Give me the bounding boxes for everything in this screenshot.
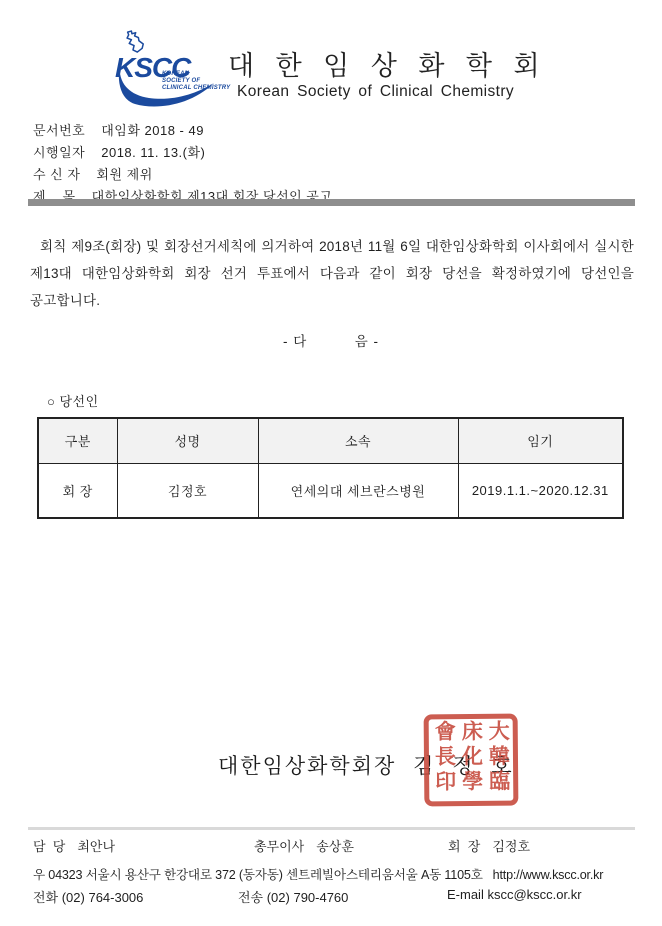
address-line: 우 04323 서울시 용산구 한강대로 372 (동자동) 센트레빌아스테리움… <box>33 864 653 883</box>
column-header-category: 구분 <box>38 418 117 463</box>
contact-president: 회 장김정호 <box>448 836 530 855</box>
society-title-english: Korean Society of Clinical Chemistry <box>237 83 514 101</box>
document-info: 문서번호대임화 2018 - 49 시행일자2018. 11. 13.(화) 수… <box>33 120 332 208</box>
contact-secretary: 총무이사송상훈 <box>254 836 354 855</box>
contact-staff-role: 담 당 <box>33 839 65 854</box>
winner-table: 구분 성명 소속 임기 회 장 김정호 연세의대 세브란스병원 2019.1.1… <box>37 417 624 519</box>
doc-recipient-row: 수 신 자회원 제위 <box>33 164 332 186</box>
doc-recipient-value: 회원 제위 <box>96 164 152 186</box>
winner-label: ○ 당선인 <box>47 391 99 410</box>
contact-secretary-role: 총무이사 <box>254 839 304 854</box>
seal-characters: 大韓臨床化學會長印 <box>430 720 512 801</box>
doc-number-value: 대임화 2018 - 49 <box>101 120 204 142</box>
doc-date-row: 시행일자2018. 11. 13.(화) <box>33 142 332 164</box>
fax-number: 전송 (02) 790-4760 <box>238 887 348 906</box>
doc-number-label: 문서번호 <box>33 120 85 142</box>
document-page: KSCC KOREAN SOCIETY OF CLINICAL CHEMISTR… <box>0 0 662 926</box>
email-label: E-mail <box>447 887 487 902</box>
contact-president-name: 김정호 <box>492 839 530 854</box>
column-header-term: 임기 <box>458 418 623 463</box>
contact-staff-name: 최안나 <box>77 839 115 854</box>
cell-affiliation: 연세의대 세브란스병원 <box>258 463 458 518</box>
cell-name: 김정호 <box>117 463 258 518</box>
footer-divider <box>28 827 635 830</box>
column-header-name: 성명 <box>117 418 258 463</box>
phone-number: 전화 (02) 764-3006 <box>33 887 143 906</box>
daum-divider: - 다 음 - <box>0 330 662 350</box>
email-link[interactable]: kscc@kscc.or.kr <box>487 887 581 902</box>
website-link[interactable]: http://www.kscc.or.kr <box>493 868 604 882</box>
contact-president-role: 회 장 <box>448 839 480 854</box>
doc-date-value: 2018. 11. 13.(화) <box>101 142 205 164</box>
contact-staff: 담 당최안나 <box>33 836 115 855</box>
logo-subtext-line: SOCIETY OF <box>162 78 230 85</box>
table-header-row: 구분 성명 소속 임기 <box>38 418 623 463</box>
society-title-korean: 대 한 임 상 화 학 회 <box>228 44 528 83</box>
cell-category: 회 장 <box>38 463 117 518</box>
kscc-logo: KSCC KOREAN SOCIETY OF CLINICAL CHEMISTR… <box>112 28 222 108</box>
header-divider <box>28 199 635 206</box>
announcement-paragraph: 회칙 제9조(회장) 및 회장선거세칙에 의거하여 2018년 11월 6일 대… <box>30 233 634 314</box>
logo-subtext-line: KOREAN <box>162 71 230 78</box>
postal-address: 우 04323 서울시 용산구 한강대로 372 (동자동) 센트레빌아스테리움… <box>33 868 483 882</box>
logo-subtext: KOREAN SOCIETY OF CLINICAL CHEMISTRY <box>162 71 230 92</box>
doc-number-row: 문서번호대임화 2018 - 49 <box>33 120 332 142</box>
table-row: 회 장 김정호 연세의대 세브란스병원 2019.1.1.~2020.12.31 <box>38 463 623 518</box>
column-header-affiliation: 소속 <box>258 418 458 463</box>
president-seal: 大韓臨床化學會長印 <box>424 714 519 807</box>
email-block: E-mail kscc@kscc.or.kr <box>447 887 582 902</box>
doc-date-label: 시행일자 <box>33 142 85 164</box>
doc-recipient-label: 수 신 자 <box>33 164 80 186</box>
contact-secretary-name: 송상훈 <box>316 839 354 854</box>
logo-subtext-line: CLINICAL CHEMISTRY <box>162 85 230 92</box>
cell-term: 2019.1.1.~2020.12.31 <box>458 463 623 518</box>
